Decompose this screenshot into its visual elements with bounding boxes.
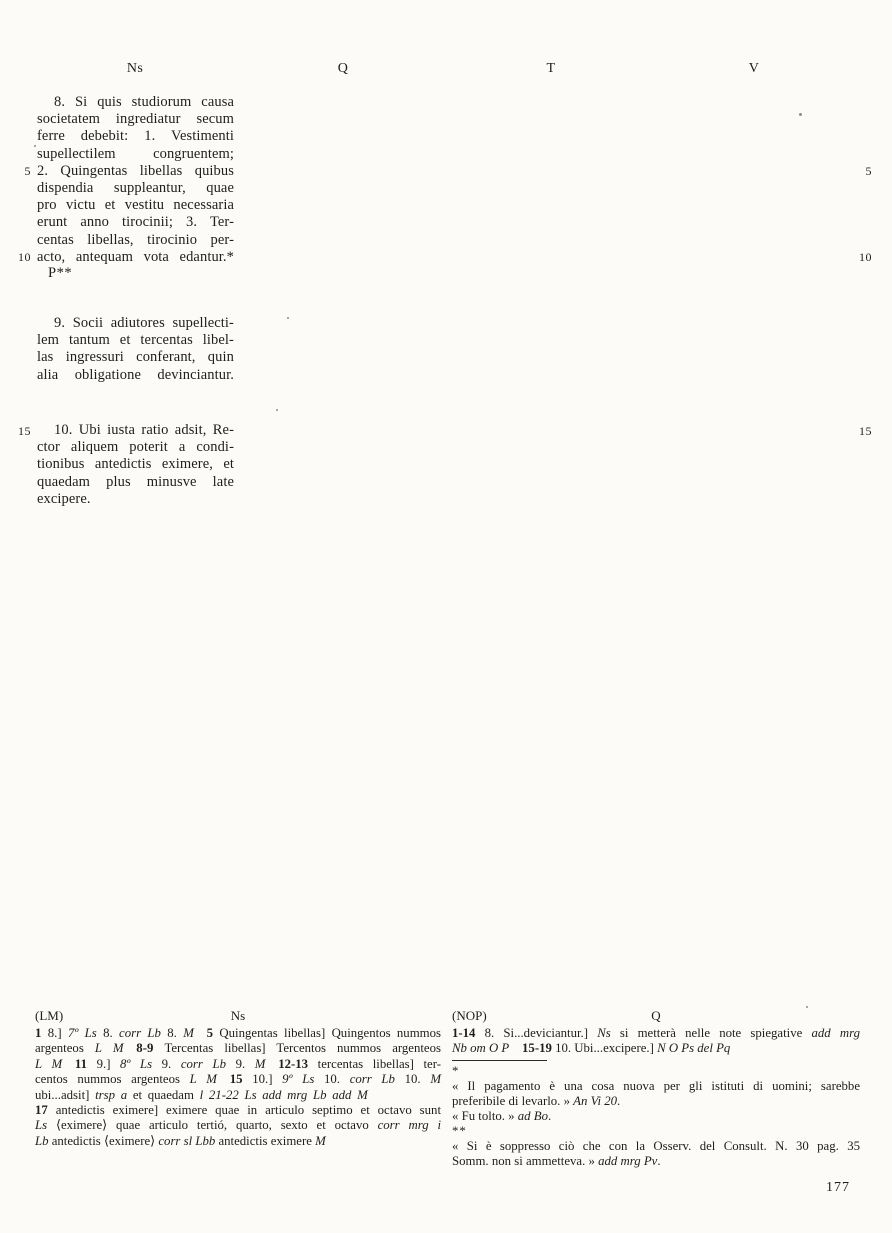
footnote-line: « Fu tolto. » ad Bo. [452, 1109, 860, 1124]
text-line: las ingressuri conferant, quin [37, 349, 234, 366]
text-line: supellectilem congruentem; [37, 146, 234, 163]
apparatus-line: 1-14 8. Si...deviciantur.] Ns si metterà… [452, 1026, 860, 1041]
scan-speck [276, 409, 278, 411]
text-line: 2. Quingentas libellas quibus [37, 163, 234, 180]
apparatus-line: Ls ⟨eximere⟩ quae articulo tertió, quart… [35, 1118, 441, 1133]
text-line: ferre debebit: 1. Vestimenti [37, 128, 234, 145]
apparatus-line: L M 11 9.] 8º Ls 9. corr Lb 9. M 12-13 t… [35, 1057, 441, 1072]
text-line: quaedam plus minusve late [37, 474, 234, 491]
scan-speck [799, 113, 802, 116]
paragraph-9: 9. Socii adiutores supellecti-lem tantum… [37, 315, 234, 384]
line-number-left-10: 10 [5, 249, 31, 266]
text-line: ctor aliquem poterit a condi- [37, 439, 234, 456]
footnote-line: Somm. non si ammetteva. » add mrg Pv. [452, 1154, 860, 1169]
text-line: 10. Ubi iusta ratio adsit, Re- [37, 422, 234, 439]
scan-speck [34, 145, 36, 147]
text-line: tionibus antedictis eximere, et [37, 456, 234, 473]
paragraph-10: 10. Ubi iusta ratio adsit, Re-ctor aliqu… [37, 422, 234, 508]
text-line: pro victu et vestitu necessaria [37, 197, 234, 214]
scan-speck [806, 1006, 808, 1008]
apparatus-line: Lb antedictis ⟨eximere⟩ corr sl Lbb ante… [35, 1134, 441, 1149]
page-number: 177 [808, 1180, 850, 1196]
apparatus-left-siglum: (LM) [35, 1008, 63, 1024]
footnote-line: ** [452, 1124, 860, 1139]
line-number-right-5: 5 [838, 163, 872, 180]
text-line: erunt anno tirocinii; 3. Ter- [37, 214, 234, 231]
apparatus-line: 17 antedictis eximere] eximere quae in a… [35, 1103, 441, 1118]
note-mark-p: P** [48, 265, 72, 282]
line-number-right-15: 15 [838, 423, 872, 440]
apparatus-right: (NOP) Q 1-14 8. Si...deviciantur.] Ns si… [452, 1008, 860, 1169]
apparatus-right-entries: 1-14 8. Si...deviciantur.] Ns si metterà… [452, 1026, 860, 1057]
apparatus-line: ubi...adsit] trsp a et quaedam l 21-22 L… [35, 1088, 441, 1103]
column-header-q: Q [338, 61, 349, 77]
apparatus-line: centos nummos argenteos L M 15 10.] 9º L… [35, 1072, 441, 1087]
text-line: societatem ingrediatur secum [37, 111, 234, 128]
apparatus-line: 1 8.] 7º Ls 8. corr Lb 8. M 5 Quingentas… [35, 1026, 441, 1041]
apparatus-left-column-label: Ns [35, 1008, 441, 1024]
line-number-right-10: 10 [838, 249, 872, 266]
apparatus-left-header-row: (LM) Ns [35, 1008, 441, 1025]
document-page: Ns Q T V 5 10 15 5 10 15 8. Si quis stud… [0, 0, 892, 1233]
footnote-line: « Il pagamento è una cosa nuova per gli … [452, 1079, 860, 1094]
line-number-left-5: 5 [5, 163, 31, 180]
text-line: alia obligatione devinciantur. [37, 367, 234, 384]
column-header-t: T [547, 61, 556, 77]
apparatus-line: argenteos L M 8-9 Tercentas libellas] Te… [35, 1041, 441, 1056]
apparatus-line: Nb om O P 15-19 10. Ubi...excipere.] N O… [452, 1041, 860, 1056]
text-line: dispendia suppleantur, quae [37, 180, 234, 197]
footnote-rule [452, 1060, 547, 1061]
text-line: lem tantum et tercentas libel- [37, 332, 234, 349]
text-line: 9. Socii adiutores supellecti- [37, 315, 234, 332]
column-header-v: V [749, 61, 760, 77]
footnotes: *« Il pagamento è una cosa nuova per gli… [452, 1064, 860, 1169]
footnote-line: * [452, 1064, 860, 1079]
apparatus-right-header-row: (NOP) Q [452, 1008, 860, 1025]
column-header-ns: Ns [127, 61, 143, 77]
apparatus-right-column-label: Q [452, 1008, 860, 1024]
paragraph-8: 8. Si quis studiorum causasocietatem ing… [37, 94, 234, 266]
apparatus-left-entries: 1 8.] 7º Ls 8. corr Lb 8. M 5 Quingentas… [35, 1026, 441, 1149]
text-line: acto, antequam vota edantur.* [37, 249, 234, 266]
text-line: excipere. [37, 491, 234, 508]
footnote-line: « Si è soppresso ciò che con la Osserv. … [452, 1139, 860, 1154]
text-line: centas libellas, tirocinio per- [37, 232, 234, 249]
text-line: 8. Si quis studiorum causa [37, 94, 234, 111]
apparatus-right-siglum: (NOP) [452, 1008, 487, 1024]
apparatus-left: (LM) Ns 1 8.] 7º Ls 8. corr Lb 8. M 5 Qu… [35, 1008, 441, 1149]
line-number-left-15: 15 [5, 423, 31, 440]
footnote-line: preferibile di levarlo. » An Vi 20. [452, 1094, 860, 1109]
scan-speck [287, 317, 289, 319]
